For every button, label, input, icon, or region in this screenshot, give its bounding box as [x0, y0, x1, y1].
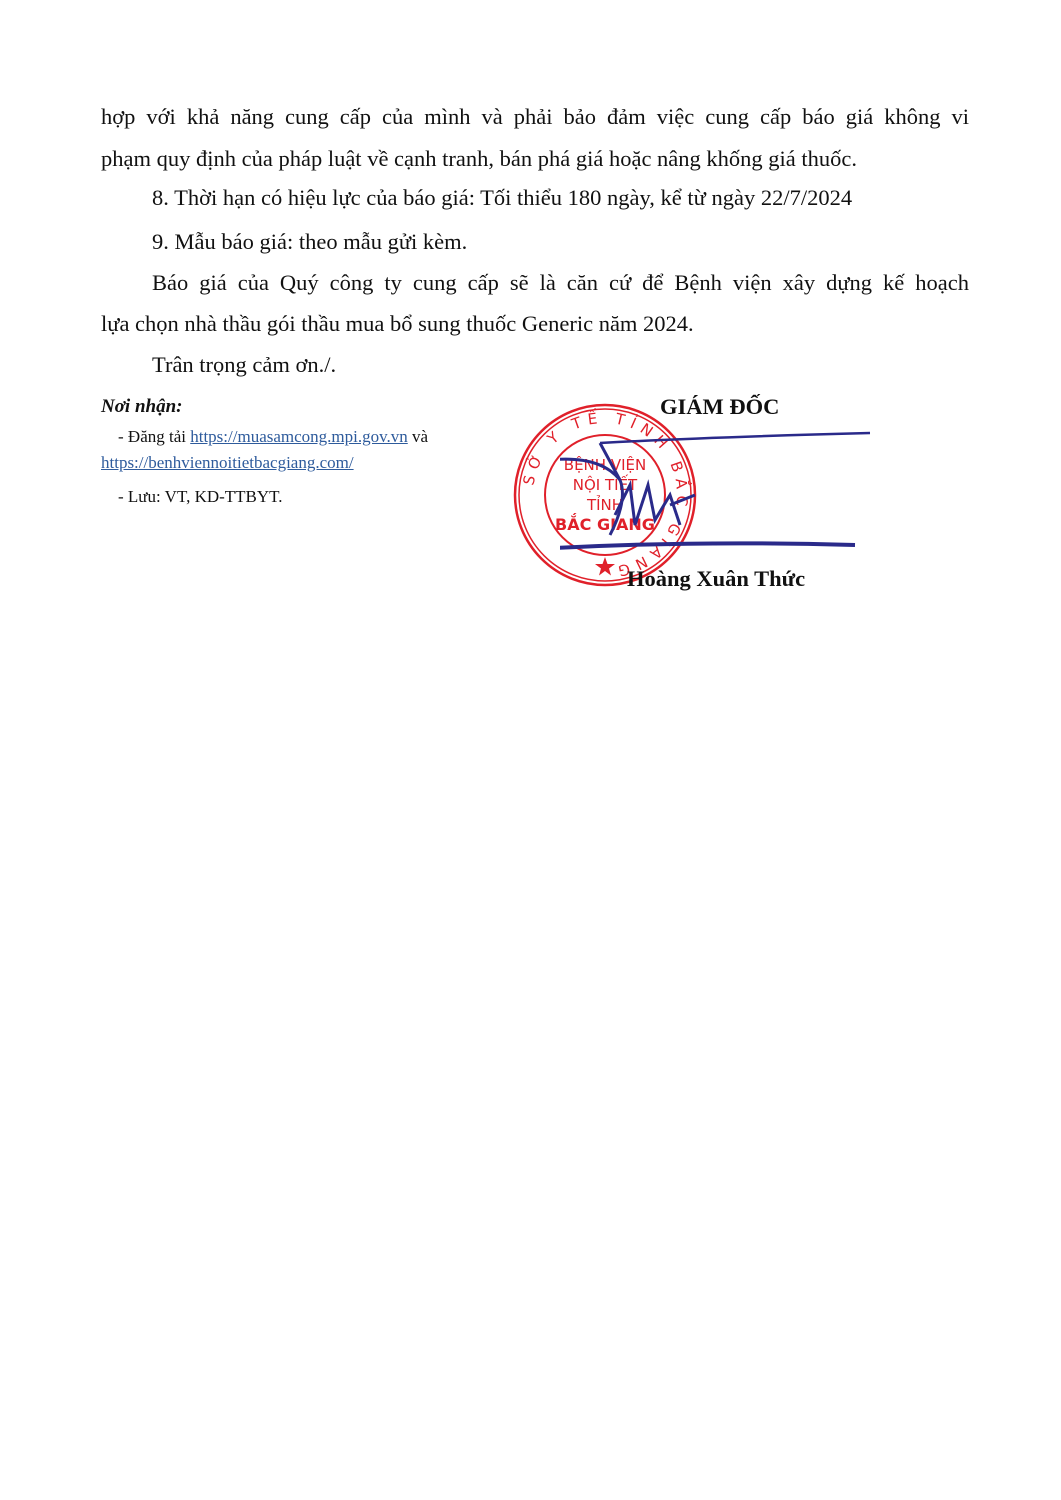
handwritten-signature — [560, 425, 880, 565]
item-8-validity: 8. Thời hạn có hiệu lực của báo giá: Tối… — [152, 177, 852, 219]
body-paragraph-2-line-2: lựa chọn nhà thầu gói thầu mua bổ sung t… — [101, 303, 694, 345]
conjunction: và — [412, 427, 428, 446]
signer-name: Hoàng Xuân Thức — [627, 566, 805, 592]
body-paragraph-1-line-1: hợp với khả năng cung cấp của mình và ph… — [101, 96, 969, 138]
recipients-block: Nơi nhận: - Đăng tải https://muasamcong.… — [101, 394, 428, 510]
recipient-link2-line: https://benhviennoitietbacgiang.com/ — [101, 450, 428, 476]
closing-text: Trân trọng cảm ơn./. — [152, 344, 336, 386]
recipient-archive: - Lưu: VT, KD-TTBYT. — [101, 484, 428, 510]
recipients-title: Nơi nhận: — [101, 394, 428, 420]
body-paragraph-2-line-1: Báo giá của Quý công ty cung cấp sẽ là c… — [152, 262, 969, 304]
link-hospital-website[interactable]: https://benhviennoitietbacgiang.com/ — [101, 453, 354, 472]
item-9-template: 9. Mẫu báo giá: theo mẫu gửi kèm. — [152, 221, 467, 263]
link-muasamcong[interactable]: https://muasamcong.mpi.gov.vn — [190, 427, 408, 446]
recipient-post-line: - Đăng tải https://muasamcong.mpi.gov.vn… — [101, 424, 428, 450]
body-paragraph-1-line-2: phạm quy định của pháp luật về cạnh tran… — [101, 138, 857, 180]
post-prefix: - Đăng tải — [118, 427, 186, 446]
